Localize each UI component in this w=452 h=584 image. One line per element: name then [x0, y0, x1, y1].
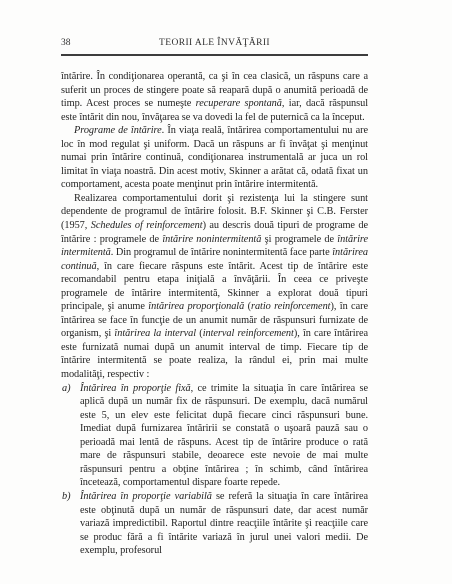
list-marker: a): [62, 382, 70, 396]
page-header: 38 TEORII ALE ÎNVĂŢĂRII: [61, 38, 368, 49]
italic-text-run: recuperare spontană: [196, 98, 282, 109]
header-rule: [61, 54, 368, 56]
italic-text-run: ratio reinforcement: [251, 301, 331, 312]
paragraph: Programe de întărire. În viaţa reală, în…: [61, 124, 368, 192]
paragraph: întărire. În condiţionarea operantă, ca …: [61, 70, 368, 124]
list-item: a)Întărirea în proporţie fixă, ce trimit…: [61, 382, 368, 490]
italic-text-run: Întărirea în proporţie fixă: [80, 383, 191, 394]
list-marker: b): [62, 490, 70, 504]
paragraph: Realizarea comportamentului dorit şi rez…: [61, 192, 368, 382]
page-body: întărire. În condiţionarea operantă, ca …: [61, 70, 368, 558]
italic-text-run: întărire nonintermitentă: [162, 234, 261, 245]
running-title: TEORII ALE ÎNVĂŢĂRII: [159, 38, 270, 49]
italic-text-run: Schedules of reinforcement: [91, 220, 203, 231]
text-run: şi programele de: [261, 234, 337, 245]
italic-text-run: Programe de întărire: [74, 125, 162, 136]
page-number: 38: [61, 38, 71, 49]
italic-text-run: Întărirea în proporţie variabilă: [80, 491, 212, 502]
book-page: 38 TEORII ALE ÎNVĂŢĂRII întărire. În con…: [0, 0, 452, 584]
text-run: , ce trimite la situaţia în care întărir…: [80, 383, 368, 489]
italic-text-run: interval reinforcement: [203, 328, 294, 339]
italic-text-run: întărirea la interval: [114, 328, 196, 339]
text-run: (: [196, 328, 203, 339]
italic-text-run: întărirea proporţională: [148, 301, 244, 312]
list-item: b)Întărirea în proporţie variabilă se re…: [61, 490, 368, 558]
text-run: (: [244, 301, 251, 312]
text-run: . Din programul de întărire nonintermite…: [111, 247, 332, 258]
